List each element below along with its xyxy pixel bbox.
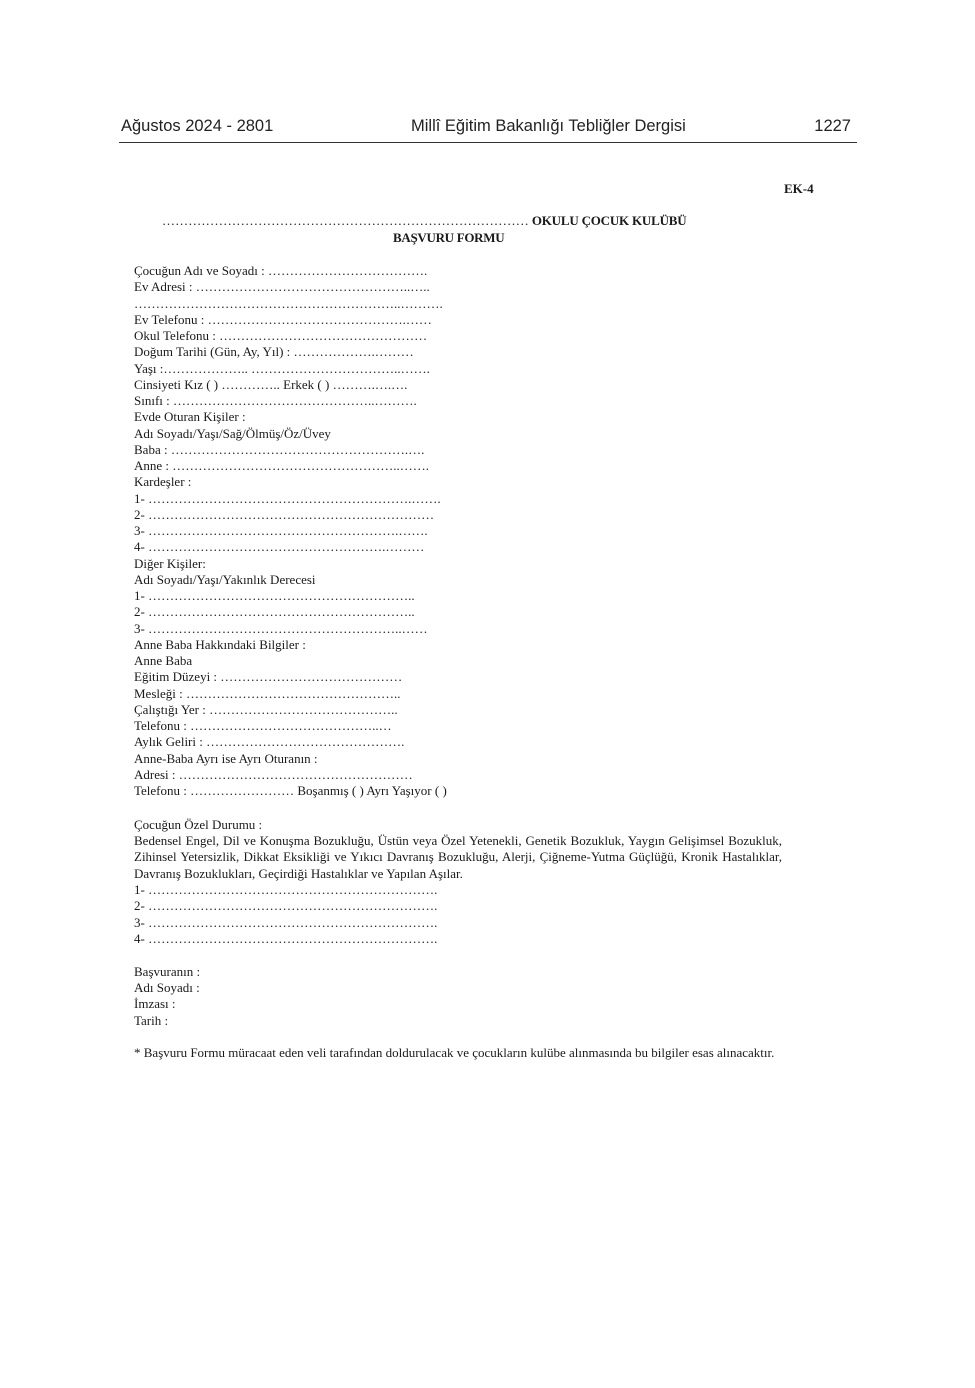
header-divider (119, 142, 857, 143)
form-title: ………………………………………………………………………… OKULU ÇOCUK… (162, 213, 686, 229)
form-subtitle: BAŞVURU FORMU (393, 230, 504, 246)
form-line: Anne : ……………………………………………..……. (134, 458, 429, 474)
page-number: 1227 (814, 117, 851, 136)
special-item-line: 2- …………………………………………………………. (134, 898, 437, 914)
form-line: Aylık Geliri : ………………………………………. (134, 734, 404, 750)
form-line: Baba : ……………………………………………….…. (134, 442, 424, 458)
form-line: Eğitim Düzeyi : …………………………………… (134, 669, 402, 685)
form-line: ……………………………………………………..………. (134, 296, 443, 312)
form-line: Telefonu : …………………… Boşanmış ( ) Ayrı Ya… (134, 783, 447, 799)
form-line: Anne Baba (134, 653, 192, 669)
form-line: 3- ………………………………………………….……. (134, 523, 428, 539)
form-line: Sınıfı : ………………………………………..………. (134, 393, 417, 409)
form-line: Adı Soyadı/Yaşı/Yakınlık Derecesi (134, 572, 316, 588)
form-line: 1- …………………………………………………….……. (134, 491, 441, 507)
form-line: 3- …………………………………………………..…… (134, 621, 428, 637)
special-item-line: 1- …………………………………………………………. (134, 882, 437, 898)
form-line: Mesleği : ………………………………………….. (134, 686, 401, 702)
form-line: 2- ………………………………………………………… (134, 507, 434, 523)
form-line: Ev Telefonu : ……………………………………….…… (134, 312, 432, 328)
school-name-blank: ………………………………………………………………………… (162, 213, 529, 228)
special-heading: Çocuğun Özel Durumu : (134, 817, 262, 833)
form-line: Anne Baba Hakkındaki Bilgiler : (134, 637, 306, 653)
form-line: Ev Adresi : …………………………………………..….. (134, 279, 430, 295)
journal-title: Millî Eğitim Bakanlığı Tebliğler Dergisi (411, 117, 686, 136)
page-header: Ağustos 2024 - 2801 Millî Eğitim Bakanlı… (119, 117, 857, 139)
applicant-name-label: Adı Soyadı : (134, 980, 200, 996)
annex-label: EK-4 (784, 181, 814, 197)
form-line: Cinsiyeti Kız ( ) ………….. Erkek ( ) ……….…… (134, 377, 407, 393)
form-line: Yaşı :……………….. ……………………………..……. (134, 361, 430, 377)
form-line: 1- …………………………………………………….. (134, 588, 415, 604)
form-line: 2- …………………………………………………….. (134, 604, 415, 620)
applicant-date-label: Tarih : (134, 1013, 168, 1029)
form-line: Diğer Kişiler: (134, 556, 206, 572)
form-line: Anne-Baba Ayrı ise Ayrı Oturanın : (134, 751, 318, 767)
form-line: Çalıştığı Yer : …………………………………….. (134, 702, 398, 718)
form-line: Çocuğun Adı ve Soyadı : ………………………………. (134, 263, 427, 279)
form-line: Kardeşler : (134, 474, 191, 490)
form-line: 4- ……………………………………………….……… (134, 539, 424, 555)
footnote: * Başvuru Formu müracaat eden veli taraf… (134, 1045, 782, 1061)
form-line: Adı Soyadı/Yaşı/Sağ/Ölmüş/Öz/Üvey (134, 426, 331, 442)
form-line: Doğum Tarihi (Gün, Ay, Yıl) : ……………….……… (134, 344, 414, 360)
form-line: Adresi : ……………………………………………… (134, 767, 413, 783)
special-item-line: 3- …………………………………………………………. (134, 915, 437, 931)
special-conditions-text: Bedensel Engel, Dil ve Konuşma Bozukluğu… (134, 833, 782, 882)
issue-date: Ağustos 2024 - 2801 (121, 117, 273, 136)
special-item-line: 4- …………………………………………………………. (134, 931, 437, 947)
form-line: Evde Oturan Kişiler : (134, 409, 246, 425)
applicant-label: Başvuranın : (134, 964, 200, 980)
form-title-text: OKULU ÇOCUK KULÜBÜ (529, 213, 687, 228)
form-line: Telefonu : ……………………………………..… (134, 718, 392, 734)
form-line: Okul Telefonu : ………………………………………… (134, 328, 427, 344)
applicant-signature-label: İmzası : (134, 996, 176, 1012)
